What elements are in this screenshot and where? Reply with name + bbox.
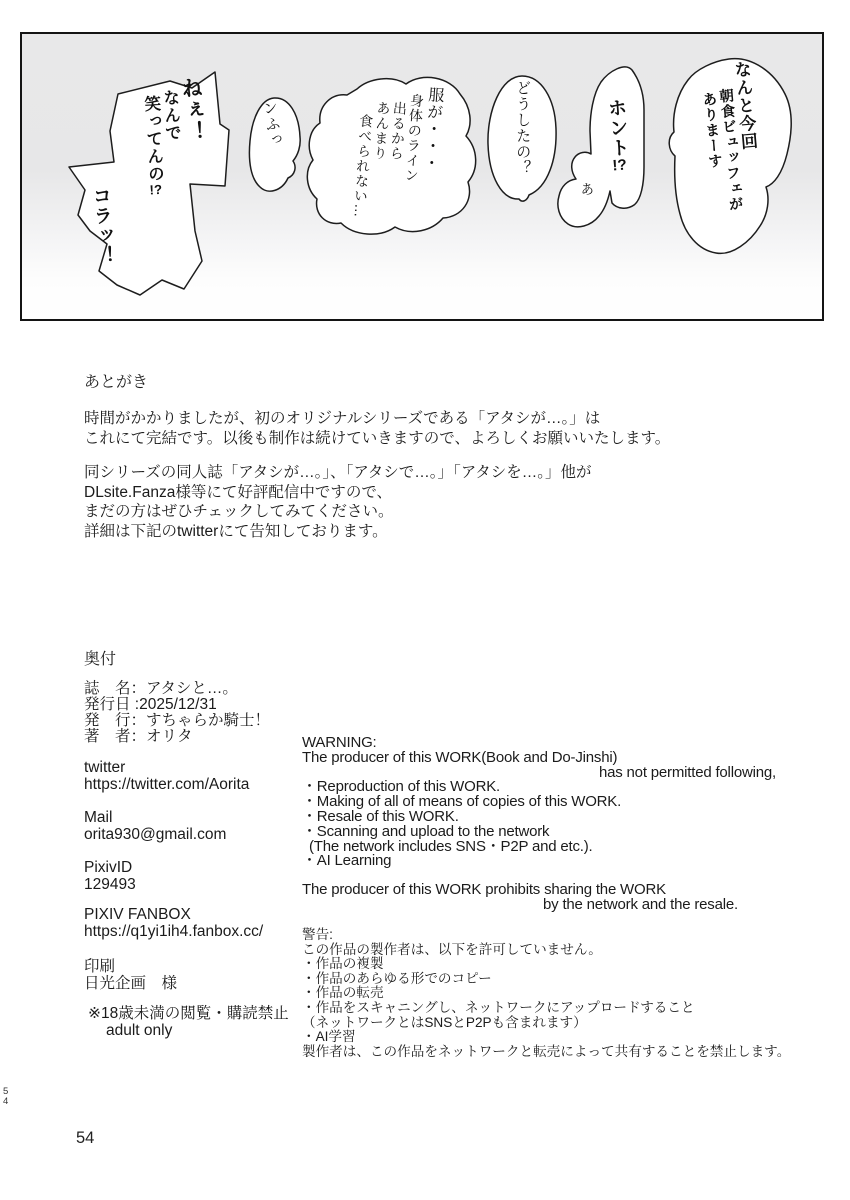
warning-ja-item: （ネットワークとはSNSとP2Pも含まれます） (302, 1016, 812, 1031)
contact-mail: Mail orita930@gmail.com (84, 810, 226, 843)
colophon-field-publisher: 発 行：すちゃらか騎士！ (84, 713, 270, 729)
contact-twitter: twitter https://twitter.com/Aorita (84, 760, 249, 793)
age-restriction-notice: ※18歳未満の閲覧・購読禁止 adult only (88, 1005, 289, 1039)
bubble-text-hey: ねぇ！ なんで 笑ってんの!? (122, 76, 228, 233)
contact-label: 印刷 (84, 959, 177, 976)
age-restriction-en: adult only (88, 1022, 289, 1039)
colophon-field-title: 誌 名：アタシと…。 (84, 681, 270, 697)
colophon-fields: 誌 名：アタシと…。 発行日 :2025/12/31 発 行：すちゃらか騎士！ … (84, 681, 270, 745)
footer-page-number: 54 (76, 1129, 94, 1148)
contact-fanbox: PIXIV FANBOX https://q1yi1ih4.fanbox.cc/ (84, 907, 263, 940)
pixiv-id-value: 129493 (84, 877, 136, 894)
printer-name: 日光企画 様 (84, 976, 177, 993)
afterword-line: 同シリーズの同人誌「アタシが…。」、「アタシで…。」「アタシを…。」他が (84, 463, 591, 483)
warning-en-footer: by the network and the resale. (302, 898, 780, 913)
age-restriction-ja: ※18歳未満の閲覧・購読禁止 (88, 1005, 289, 1022)
comic-panel: なんと今回 朝食ビュッフェが ありまーす ホント!? あ どうしたの？ 服が・・… (20, 32, 824, 321)
warning-ja-item: ・AI学習 (302, 1030, 812, 1045)
afterword-line: DLsite.Fanza様等にて好評配信中ですので、 (84, 483, 591, 503)
bubble-text-hey-shout: コラッ！ (82, 185, 120, 273)
bubble-text-really: ホント!? (594, 97, 642, 218)
bubble-text-breakfast: なんと今回 朝食ビュッフェが ありまーす (664, 57, 798, 259)
afterword-line: 時間がかかりましたが、初のオリジナルシリーズである「アタシが…。」は (84, 409, 670, 429)
edge-page-number: 54 (3, 1087, 12, 1107)
fanbox-url: https://q1yi1ih4.fanbox.cc/ (84, 924, 263, 941)
colophon-title: 奥付 (84, 646, 116, 669)
warning-english: WARNING: The producer of this WORK(Book … (302, 736, 780, 913)
afterword-line: これにて完結です。以後も制作は続けていきますので、よろしくお願いいたします。 (84, 429, 670, 449)
bubble-text-clothes: 服が・・・ 身体のライン 出るから あんまり 食べられない… (314, 79, 480, 236)
mail-address: orita930@gmail.com (84, 827, 226, 844)
colophon-field-author: 著 者：オリタ (84, 729, 270, 745)
contact-label: PixivID (84, 860, 136, 877)
doujinshi-afterword-page: { "page": { "footer_page_number": "54", … (0, 0, 850, 1200)
warning-ja-item: ・作品をスキャニングし、ネットワークにアップロードすること (302, 1001, 812, 1016)
bubble-text-what-happened: どうしたの？ (488, 80, 556, 198)
twitter-url: https://twitter.com/Aorita (84, 777, 249, 794)
contact-label: PIXIV FANBOX (84, 907, 263, 924)
warning-japanese: 警告: この作品の製作者は、以下を許可していません。 ・作品の複製 ・作品のあら… (302, 928, 812, 1059)
warning-ja-line: この作品の製作者は、以下を許可していません。 (302, 943, 812, 958)
bubble-line: ホント!? (603, 97, 629, 173)
afterword-paragraph-1: 時間がかかりましたが、初のオリジナルシリーズである「アタシが…。」は これにて完… (84, 409, 670, 448)
contact-label: twitter (84, 760, 249, 777)
afterword-paragraph-2: 同シリーズの同人誌「アタシが…。」、「アタシで…。」「アタシを…。」他が DLs… (84, 463, 591, 541)
bubble-text-really-aside: あ (572, 182, 598, 208)
warning-ja-item: ・作品の転売 (302, 986, 812, 1001)
warning-ja-footer: 製作者は、この作品をネットワークと転売によって共有することを禁止します。 (302, 1045, 812, 1060)
afterword-title: あとがき (84, 369, 148, 392)
warning-en-item: ・AI Learning (302, 854, 780, 869)
contact-printer: 印刷 日光企画 様 (84, 959, 177, 992)
warning-ja-item: ・作品の複製 (302, 957, 812, 972)
afterword-line: 詳細は下記のtwitterにて告知しております。 (84, 522, 591, 542)
warning-ja-heading: 警告: (302, 928, 812, 943)
contact-label: Mail (84, 810, 226, 827)
bubble-line: ねぇ！ (179, 76, 208, 194)
afterword-line: まだの方はぜひチェックしてみてください。 (84, 502, 591, 522)
contact-pixiv-id: PixivID 129493 (84, 860, 136, 893)
colophon-field-date: 発行日 :2025/12/31 (84, 697, 270, 713)
